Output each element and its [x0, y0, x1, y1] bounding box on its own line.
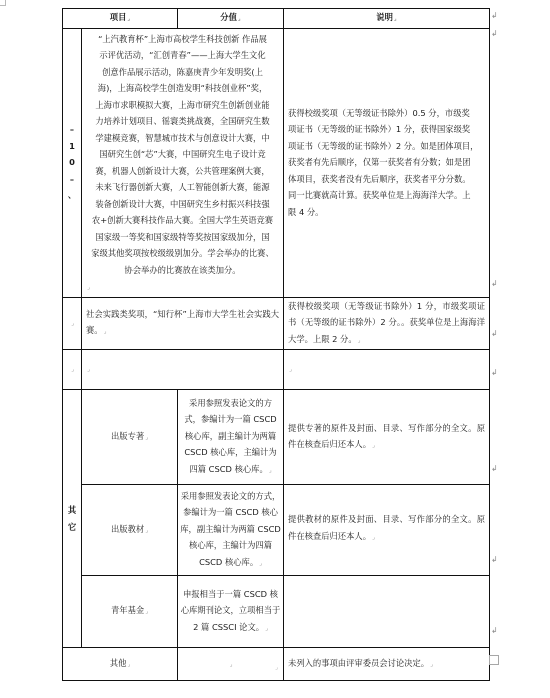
row-end-mark: ↲: [491, 556, 498, 564]
text-line: 项证书（无等级的证书除外）2 分。如是团体项目，: [288, 138, 485, 155]
text-line: 学建模竞赛，智慧城市技术与创意设计大赛，中: [86, 130, 279, 147]
competition-list-cell: “上汽教育杯”上海市高校学生科技创新 作品展 示评优活动，“汇创青春”——上海大…: [82, 28, 284, 297]
misc-score-cell: ⌟: [178, 648, 284, 681]
textbook-score-cell: 采用参照发表论文的方式，参编计为一篇 CSCD 核心库，副主编计为两篇 CSCD…: [178, 485, 284, 576]
row-end-mark: ↲: [491, 465, 498, 473]
monograph-score-cell: 采用参照发表论文的方式，参编计为一篇 CSCD 核心库，副主编计为两篇 CSCD…: [178, 390, 284, 485]
row-end-mark: ↲: [491, 627, 498, 635]
textbook-description-cell: 提供教材的原件及封面、目录、写作部分的全文。原件在核查后归还本人。⌟: [284, 485, 490, 576]
social-practice-item-cell: 社会实践类奖项，“知行杯”上海市大学生社会实践大赛。⌟: [82, 297, 284, 350]
text-line: 示评优活动，“汇创青春”——上海大学生文化: [86, 47, 279, 64]
empty-item-cell: ⌟: [82, 350, 284, 390]
text-line: 项证书（无等级的证书除外）1 分，获得国家级奖: [288, 121, 485, 138]
text-line: 获得校级奖项（无等级证书除外）0.5 分，市级奖: [288, 105, 485, 122]
text-line: 赛，机器人创新设计大赛，公共管理案例大赛，: [86, 163, 279, 180]
header-score: 分值⌟: [178, 9, 284, 29]
text-line: 同一比赛就高计算。获奖单位是上海海洋大学。上: [288, 187, 485, 204]
row-side-label: ⌟: [63, 350, 82, 390]
text-line: 力培养计划项目、徭寰类挑战赛，全国研究生数: [86, 113, 279, 130]
row-side-label: ⌟: [63, 297, 82, 350]
text-line: 获奖者有先后顺序，仅第一获奖者有分数；如是团: [288, 154, 485, 171]
table-header-row: 项目⌟ 分值⌟ 说明⌟: [63, 9, 490, 29]
social-practice-description-cell: 获得校级奖项（无等级证书除外）1 分，市级奖项证书（无等级的证书除外）2 分。。…: [284, 297, 490, 350]
misc-item-cell: 其他⌟: [63, 648, 178, 681]
competition-description-cell: 获得校级奖项（无等级证书除外）0.5 分，市级奖 项证书（无等级的证书除外）1 …: [284, 28, 490, 297]
text-line: 体项目，获奖者没有先后顺序，获奖者平分分数。: [288, 171, 485, 188]
table-row-textbook: 出版教材⌟ 采用参照发表论文的方式，参编计为一篇 CSCD 核心库，副主编计为两…: [63, 485, 490, 576]
text-line: 海)，上海高校学生创造发明“科技创业杯”奖，: [86, 80, 279, 97]
table-row-monograph: 其 它 出版专著⌟ 采用参照发表论文的方式，参编计为一篇 CSCD 核心库，副主…: [63, 390, 490, 485]
row-end-markers: ↲ ↲ ↲ ↲ ↲ ↲ ↲ ↲: [491, 0, 503, 698]
text-line: 家级其他奖项按校级级别加分。学会举办的比赛、: [86, 245, 279, 262]
table-row-youth-fund: 青年基金⌟ 申报相当于一篇 CSCD 核心库期刊论文，立项相当于 2 篇 CSS…: [63, 576, 490, 648]
youth-fund-description-cell: [284, 576, 490, 648]
page-corner-mark: [0, 0, 6, 6]
monograph-description-cell: 提供专著的原件及封面、目录、写作部分的全文。原件在核查后归还本人。⌟: [284, 390, 490, 485]
group-label-other: 其 它: [63, 390, 82, 648]
text-line: 未来飞行器创新大赛，人工智能创新大赛，能源: [86, 179, 279, 196]
table-row-competitions: – 1 0 – 、 “上汽教育杯”上海市高校学生科技创新 作品展 示评优活动，“…: [63, 28, 490, 297]
monograph-item-cell: 出版专著⌟: [82, 390, 178, 485]
text-line: 装备创新设计大赛，中国研究生乡村振兴科技强: [86, 196, 279, 213]
row-end-mark: ↲: [491, 12, 498, 20]
textbook-item-cell: 出版教材⌟: [82, 485, 178, 576]
text-line: 国家级一等奖和国家级特等奖按国家级加分，国: [86, 229, 279, 246]
text-line: 协会举办的比赛放在该类加分。: [86, 262, 279, 279]
header-item: 项目⌟: [63, 9, 178, 29]
text-line: 创意作品展示活动，陈嘉庚青少年发明奖(上: [86, 64, 279, 81]
row-end-mark: ↲: [491, 330, 498, 338]
row-end-mark: ↲: [491, 280, 498, 288]
text-line: 农+创新大赛科技作品大赛。全国大学生英语竞赛: [86, 212, 279, 229]
row-side-label: – 1 0 – 、: [63, 28, 82, 297]
table-row-empty: ⌟ ⌟ ⌟: [63, 350, 490, 390]
empty-description-cell: ⌟: [284, 350, 490, 390]
paragraph-mark: ⌟: [275, 664, 278, 671]
misc-description-cell: 未列入的事项由评审委员会讨论决定。⌟: [284, 648, 490, 681]
table-row-social-practice: ⌟ 社会实践类奖项，“知行杯”上海市大学生社会实践大赛。⌟ 获得校级奖项（无等级…: [63, 297, 490, 350]
row-end-mark: ↲: [491, 30, 498, 38]
row-end-mark: ↲: [491, 369, 498, 377]
table-resize-handle[interactable]: [489, 655, 499, 665]
text-line: 上海市求职模拟大赛，上海市研究生创新创业能: [86, 97, 279, 114]
text-line: 国研究生创“芯”大赛，中国研究生电子设计竞: [86, 146, 279, 163]
text-line: 限 4 分。: [288, 204, 485, 221]
header-description: 说明⌟: [284, 9, 490, 29]
youth-fund-score-cell: 申报相当于一篇 CSCD 核心库期刊论文，立项相当于 2 篇 CSSCI 论文。…: [178, 576, 284, 648]
text-line: “上汽教育杯”上海市高校学生科技创新 作品展: [86, 31, 279, 48]
scoring-table: 项目⌟ 分值⌟ 说明⌟ – 1 0 – 、 “上汽教育杯”上海市高校学生科技创新…: [62, 8, 490, 681]
youth-fund-item-cell: 青年基金⌟: [82, 576, 178, 648]
